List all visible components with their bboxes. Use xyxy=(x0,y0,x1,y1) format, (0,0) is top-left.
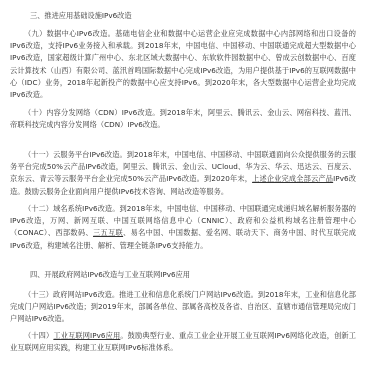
paragraph-cloud-platform: （十一）云服务平台IPv6改造。到2018年末，中国电信、中国移动、中国联通面向… xyxy=(10,149,356,198)
document-page: 三、推进应用基础设施IPv6改造 （九）数据中心IPv6改造。基础电信企业和数据… xyxy=(0,0,366,366)
section-heading-3: 三、推进应用基础设施IPv6改造 xyxy=(10,10,132,21)
underlined-text: 工业互联网IPv6应用 xyxy=(53,331,120,340)
paragraph-cdn: （十）内容分发网络（CDN）IPv6改造。到2018年末，阿里云、腾讯云、金山云… xyxy=(10,107,356,131)
paragraph-gov-websites: （十三）政府网站IPv6改造。推进工业和信息化系统门户网站IPv6改造。到201… xyxy=(10,289,356,326)
paragraph-data-center: （九）数据中心IPv6改造。基础电信企业和数据中心运营企业应完成数据中心内部网络… xyxy=(10,28,356,101)
paragraph-industrial-internet: （十四）工业互联网IPv6应用。鼓励典型行业、重点工业企业开展工业互联网IPv6… xyxy=(10,330,356,354)
underlined-text: 三五互联 xyxy=(93,228,123,237)
paragraph-text: （十四） xyxy=(24,331,53,340)
underlined-text: 上述企业完成全部云产品 xyxy=(252,174,333,183)
section-heading-4: 四、开展政府网站IPv6改造与工业互联网IPv6应用 xyxy=(10,269,190,280)
paragraph-dns: （十二）域名系统IPv6改造。到2018年末，中国电信、中国移动、中国联通完成递… xyxy=(10,203,356,252)
